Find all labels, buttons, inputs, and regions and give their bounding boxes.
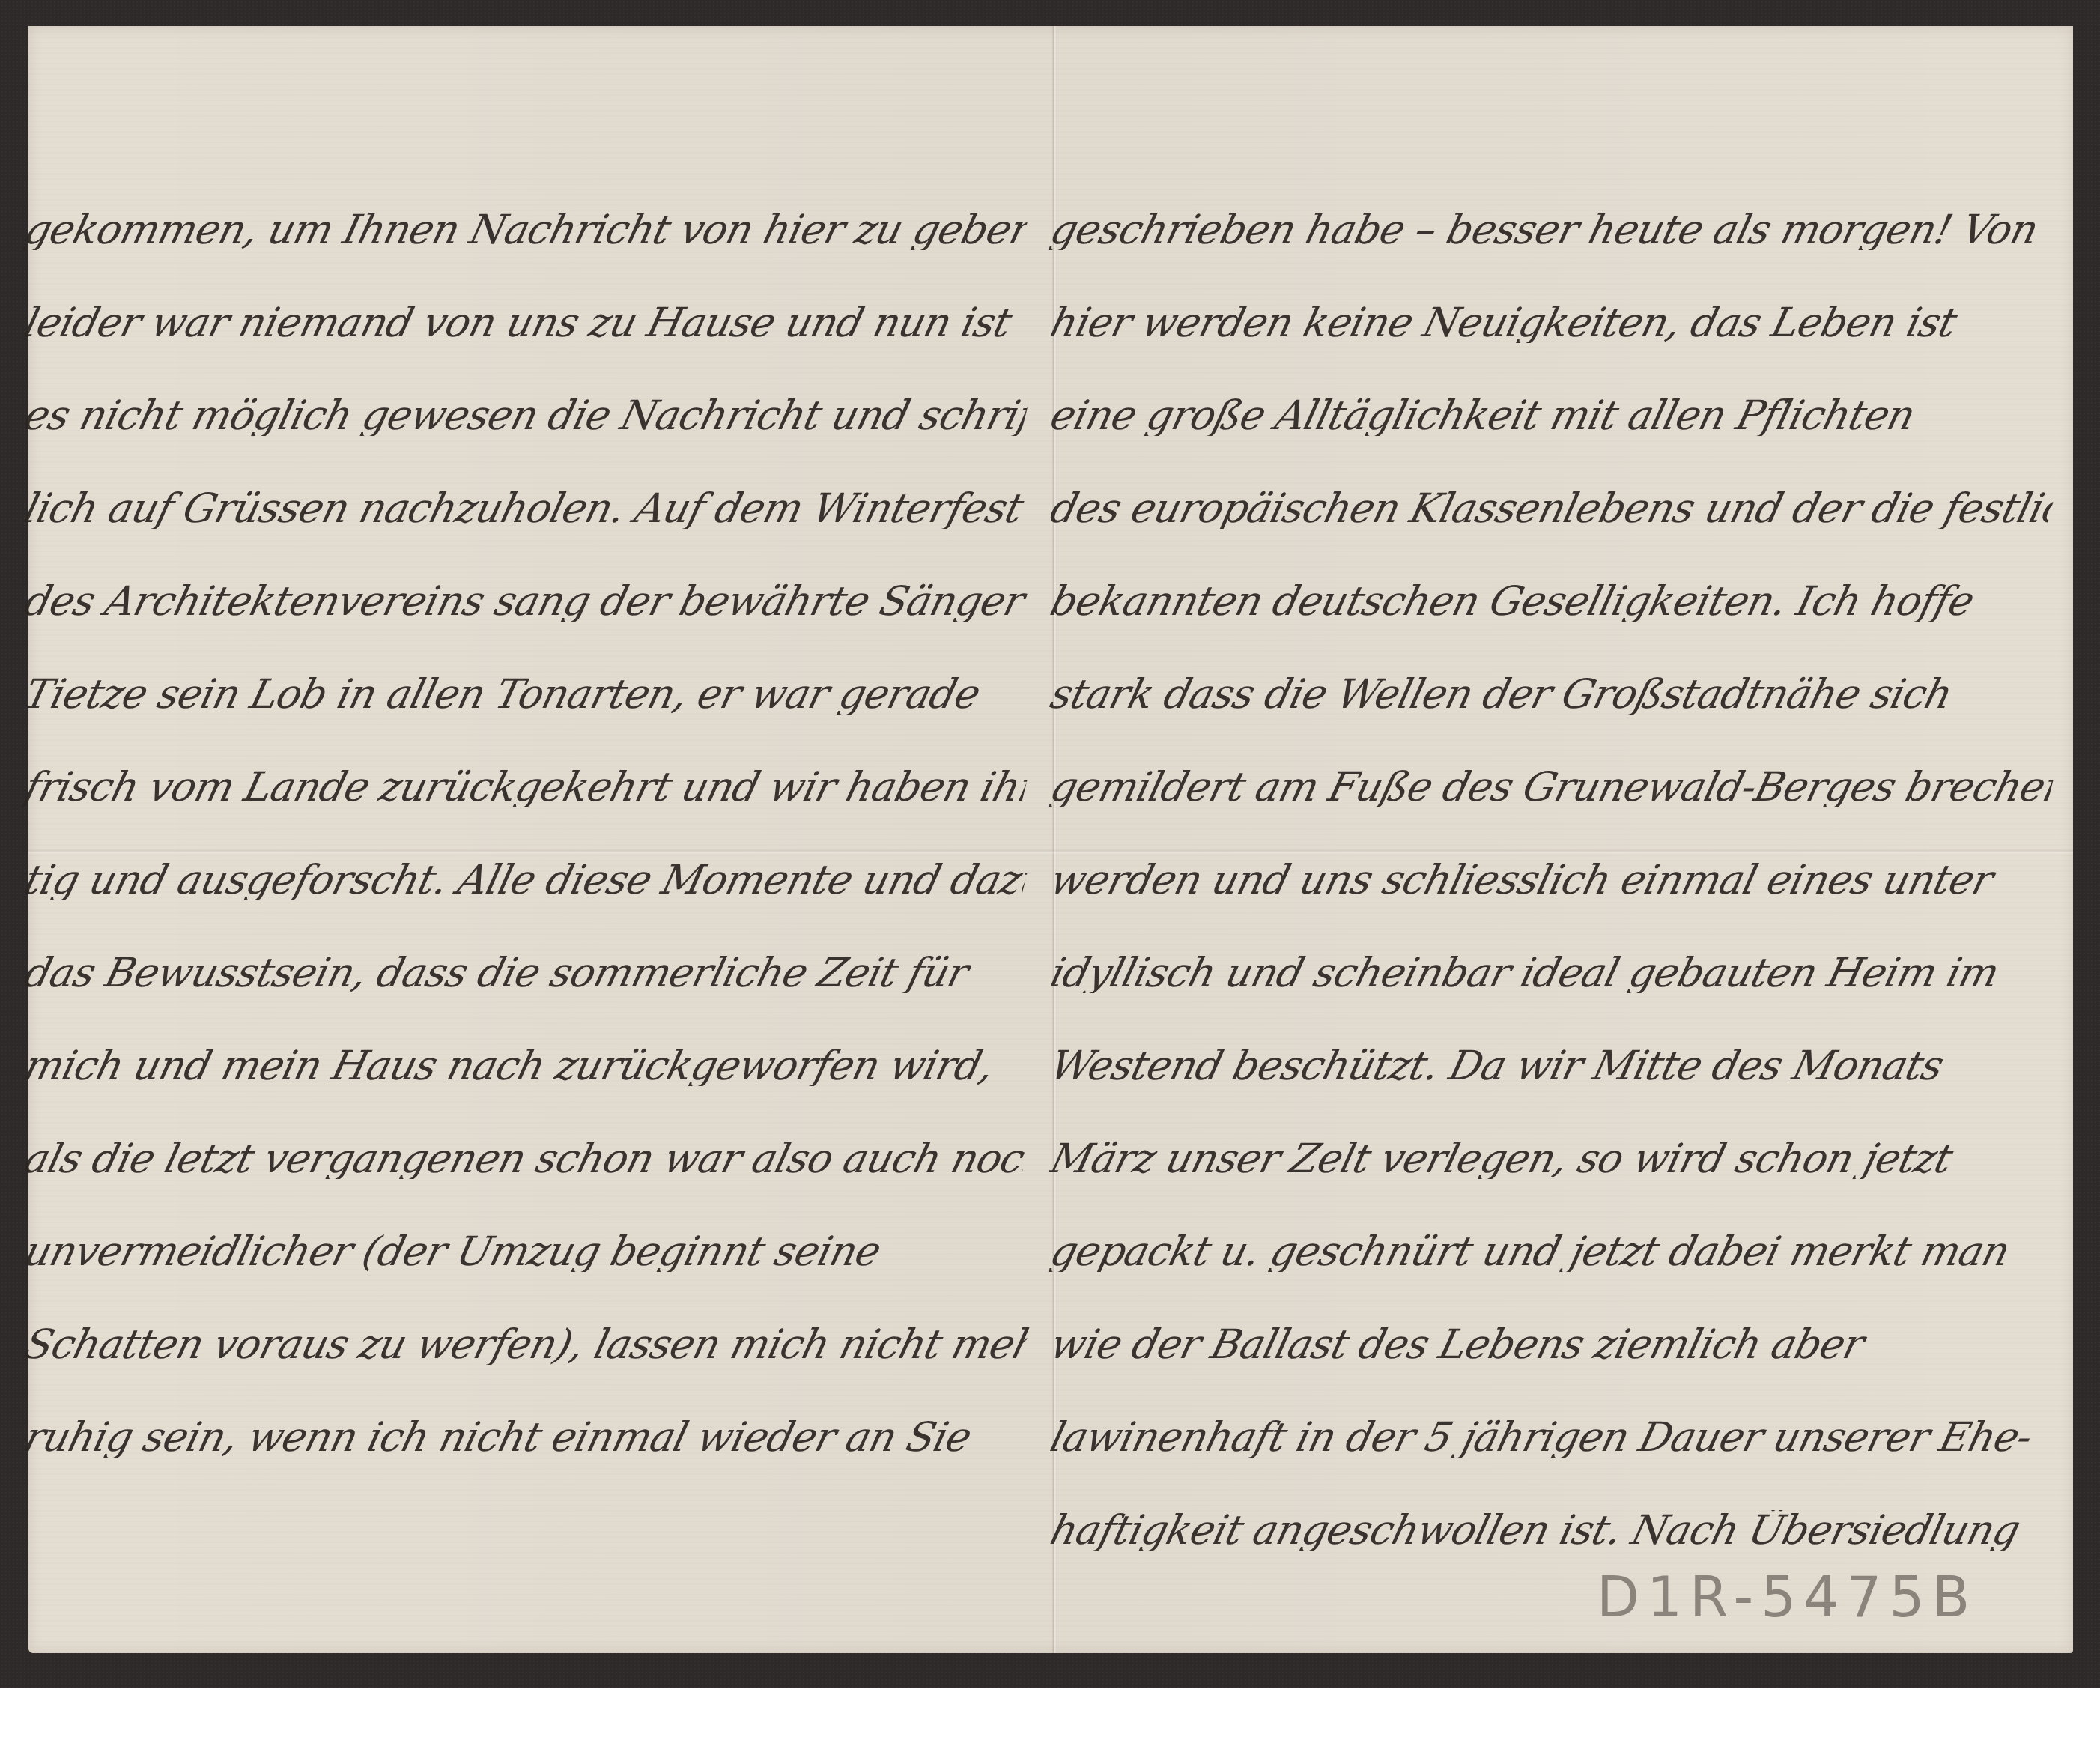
line-text: eine große Alltäglichkeit mit allen Pfli…: [1046, 395, 2056, 436]
line-text: frisch vom Lande zurückgekehrt und wir h…: [20, 767, 1030, 807]
handwritten-line: geschrieben habe – besser heute als morg…: [1043, 174, 2066, 267]
line-text: Westend beschützt. Da wir Mitte des Mona…: [1046, 1046, 2056, 1086]
handwritten-line: März unser Zelt verlegen, so wird schon …: [1043, 1103, 2066, 1195]
line-text: lich auf Grüssen nachzuholen. Auf dem Wi…: [20, 488, 1030, 529]
line-text: Tietze sein Lob in allen Tonarten, er wa…: [20, 674, 1030, 715]
line-text: stark dass die Wellen der Großstadtnähe …: [1046, 674, 2056, 715]
handwritten-line: hier werden keine Neuigkeiten, das Leben…: [1043, 267, 2066, 360]
line-text: März unser Zelt verlegen, so wird schon …: [1046, 1139, 2056, 1179]
handwritten-line: tig und ausgeforscht. Alle diese Momente…: [16, 824, 1040, 917]
handwritten-line: als die letzt vergangenen schon war also…: [16, 1103, 1040, 1195]
handwritten-line: ruhig sein, wenn ich nicht einmal wieder…: [16, 1381, 1040, 1474]
line-text: werden und uns schliesslich einmal eines…: [1046, 860, 2056, 900]
handwritten-line: lich auf Grüssen nachzuholen. Auf dem Wi…: [16, 452, 1040, 545]
handwritten-line: bekannten deutschen Geselligkeiten. Ich …: [1043, 545, 2066, 638]
line-text: das Bewusstsein, dass die sommerliche Ze…: [20, 953, 1030, 993]
handwritten-line: stark dass die Wellen der Großstadtnähe …: [1043, 638, 2066, 731]
handwritten-line: es nicht möglich gewesen die Nachricht u…: [16, 360, 1040, 452]
handwritten-line: mich und mein Haus nach zurückgeworfen w…: [16, 1010, 1040, 1103]
handwritten-line: gekommen, um Ihnen Nachricht von hier zu…: [16, 174, 1040, 267]
handwritten-line: das Bewusstsein, dass die sommerliche Ze…: [16, 917, 1040, 1010]
line-text: es nicht möglich gewesen die Nachricht u…: [20, 395, 1030, 436]
handwritten-line: gepackt u. geschnürt und jetzt dabei mer…: [1043, 1195, 2066, 1288]
line-text: wie der Ballast des Lebens ziemlich aber: [1046, 1324, 2056, 1365]
line-text: hier werden keine Neuigkeiten, das Leben…: [1046, 303, 2056, 343]
line-text: geschrieben habe – besser heute als morg…: [1046, 210, 2056, 250]
line-text: des Architektenvereins sang der bewährte…: [20, 581, 1030, 622]
handwritten-line: Schatten voraus zu werfen), lassen mich …: [16, 1288, 1040, 1381]
line-text: gekommen, um Ihnen Nachricht von hier zu…: [20, 210, 1030, 250]
line-text: idyllisch und scheinbar ideal gebauten H…: [1046, 953, 2056, 993]
line-text: leider war niemand von uns zu Hause und …: [20, 303, 1030, 343]
handwritten-line: haftigkeit angeschwollen ist. Nach Übers…: [1043, 1474, 2066, 1567]
line-text: bekannten deutschen Geselligkeiten. Ich …: [1046, 581, 2056, 622]
handwritten-line: idyllisch und scheinbar ideal gebauten H…: [1043, 917, 2066, 1010]
line-text: haftigkeit angeschwollen ist. Nach Übers…: [1046, 1510, 2056, 1551]
line-text: mich und mein Haus nach zurückgeworfen w…: [20, 1046, 1030, 1086]
line-text: ruhig sein, wenn ich nicht einmal wieder…: [20, 1417, 1030, 1458]
line-text: tig und ausgeforscht. Alle diese Momente…: [20, 860, 1030, 900]
handwritten-line: des Architektenvereins sang der bewährte…: [16, 545, 1040, 638]
archive-catalog-number: D1R-5475B: [1597, 1565, 1977, 1630]
handwritten-line: wie der Ballast des Lebens ziemlich aber: [1043, 1288, 2066, 1381]
handwritten-line: leider war niemand von uns zu Hause und …: [16, 267, 1040, 360]
line-text: Schatten voraus zu werfen), lassen mich …: [20, 1324, 1030, 1365]
line-text: unvermeidlicher (der Umzug beginnt seine: [20, 1231, 1030, 1272]
line-text: des europäischen Klassenlebens und der d…: [1046, 488, 2056, 529]
line-text: gemildert am Fuße des Grunewald-Berges b…: [1046, 767, 2056, 807]
line-text: lawinenhaft in der 5 jährigen Dauer unse…: [1046, 1417, 2056, 1458]
line-text: als die letzt vergangenen schon war also…: [20, 1139, 1030, 1179]
right-page: geschrieben habe – besser heute als morg…: [1043, 174, 2042, 1559]
handwritten-line: Tietze sein Lob in allen Tonarten, er wa…: [16, 638, 1040, 731]
left-page: gekommen, um Ihnen Nachricht von hier zu…: [16, 174, 1016, 1559]
handwritten-line: des europäischen Klassenlebens und der d…: [1043, 452, 2066, 545]
handwritten-line: lawinenhaft in der 5 jährigen Dauer unse…: [1043, 1381, 2066, 1474]
handwritten-line: frisch vom Lande zurückgekehrt und wir h…: [16, 731, 1040, 824]
handwritten-line: unvermeidlicher (der Umzug beginnt seine: [16, 1195, 1040, 1288]
handwritten-line: werden und uns schliesslich einmal eines…: [1043, 824, 2066, 917]
handwritten-line: gemildert am Fuße des Grunewald-Berges b…: [1043, 731, 2066, 824]
handwritten-line: eine große Alltäglichkeit mit allen Pfli…: [1043, 360, 2066, 452]
line-text: gepackt u. geschnürt und jetzt dabei mer…: [1046, 1231, 2056, 1272]
handwritten-line: Westend beschützt. Da wir Mitte des Mona…: [1043, 1010, 2066, 1103]
